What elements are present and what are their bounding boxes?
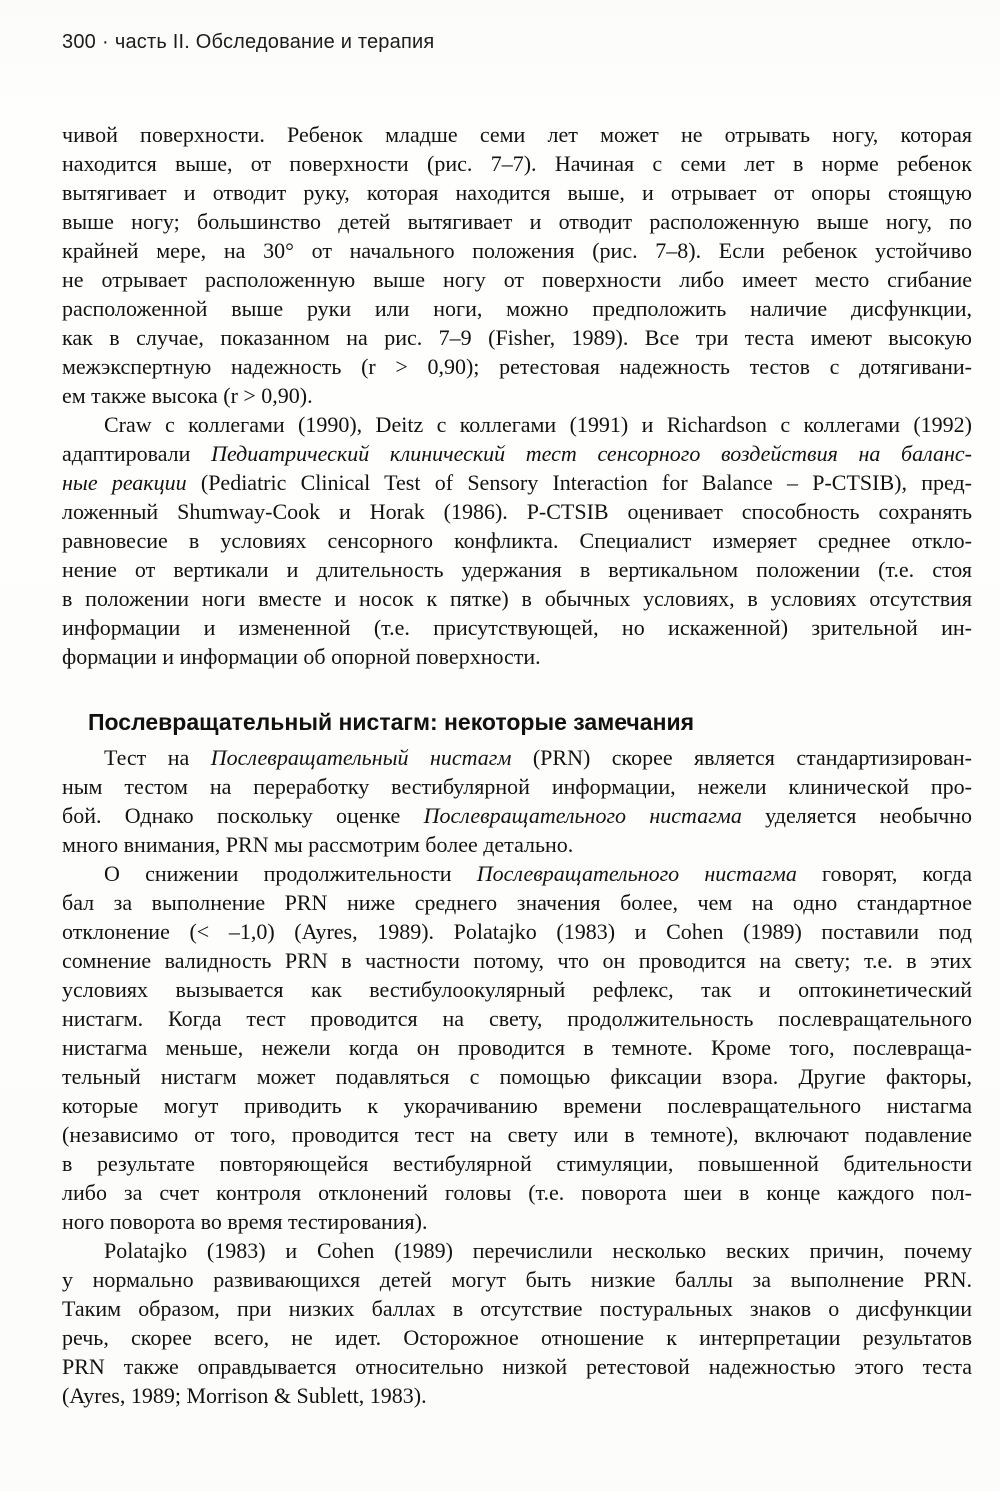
text-line: чивой поверхности. Ребенок младше семи л… (62, 120, 972, 149)
page-number: 300 (62, 31, 96, 53)
text-segment: адаптировали (62, 441, 211, 466)
text-segment: нистагма меньше, нежели когда он проводи… (62, 1035, 972, 1060)
text-line: отклонение (< –1,0) (Ayres, 1989). Polat… (62, 917, 972, 946)
text-segment: которые могут приводить к укорачиванию в… (62, 1093, 972, 1118)
text-line: нение от вертикали и длительность удержа… (62, 555, 972, 584)
text-segment: много внимания, PRN мы рассмотрим более … (62, 832, 573, 857)
text-line: условиях вызывается как вестибулоокулярн… (62, 975, 972, 1004)
text-segment: О снижении продолжительности (104, 861, 477, 886)
running-header: 300·часть II. Обследование и терапия (62, 31, 434, 54)
text-segment: бой. Однако поскольку оценке (62, 803, 424, 828)
text-segment: в положении ноги вместе и носок к пятке)… (62, 586, 972, 611)
text-segment: (независимо от того, проводится тест на … (62, 1122, 972, 1147)
paragraph: Craw с коллегами (1990), Deitz с коллега… (62, 410, 972, 671)
text-line: ного поворота во время тестирования). (62, 1207, 972, 1236)
text-segment: отклонение (< –1,0) (Ayres, 1989). Polat… (62, 919, 972, 944)
text-line: адаптировали Педиатрический клинический … (62, 439, 972, 468)
header-separator: · (96, 31, 115, 53)
italic-text: ные реакции (62, 470, 187, 495)
text-segment: говорят, когда (797, 861, 972, 886)
text-line: равновесие в условиях сенсорного конфлик… (62, 526, 972, 555)
italic-text: Послевращательный нистагм (211, 745, 512, 770)
text-line: бой. Однако поскольку оценке Послевращат… (62, 801, 972, 830)
text-segment: нистагм. Когда тест проводится на свету,… (62, 1006, 972, 1031)
text-line: как в случае, показанном на рис. 7–9 (Fi… (62, 323, 972, 352)
text-segment: не отрывает расположенную выше ногу от п… (62, 267, 972, 292)
text-line: выше ногу; большинство детей вытягивает … (62, 207, 972, 236)
paragraph: чивой поверхности. Ребенок младше семи л… (62, 120, 972, 410)
text-line: (Ayres, 1989; Morrison & Sublett, 1983). (62, 1381, 972, 1410)
italic-text: Педиатрический клинический тест сенсорно… (211, 441, 972, 466)
text-segment: Craw с коллегами (1990), Deitz с коллега… (104, 412, 972, 437)
text-line: нистагм. Когда тест проводится на свету,… (62, 1004, 972, 1033)
text-line: PRN также оправдывается относительно низ… (62, 1352, 972, 1381)
text-line: ложенный Shumway-Cook и Horak (1986). P-… (62, 497, 972, 526)
text-segment: тельный нистагм может подавляться с помо… (62, 1064, 972, 1089)
text-line: Craw с коллегами (1990), Deitz с коллега… (62, 410, 972, 439)
italic-text: Послевращательного нистагма (424, 803, 742, 828)
text-segment: уделяется необычно (742, 803, 972, 828)
text-line: не отрывает расположенную выше ногу от п… (62, 265, 972, 294)
text-line: в результате повторяющейся вестибулярной… (62, 1149, 972, 1178)
text-line: межэкспертную надежность (r > 0,90); рет… (62, 352, 972, 381)
paragraph: Тест на Послевращательный нистагм (PRN) … (62, 743, 972, 859)
text-line: вытягивает и отводит руку, которая наход… (62, 178, 972, 207)
text-line: находится выше, от поверхности (рис. 7–7… (62, 149, 972, 178)
text-segment: вытягивает и отводит руку, которая наход… (62, 180, 972, 205)
text-line: О снижении продолжительности Послевращат… (62, 859, 972, 888)
text-line: Таким образом, при низких баллах в отсут… (62, 1294, 972, 1323)
text-line: ные реакции (Pediatric Clinical Test of … (62, 468, 972, 497)
text-segment: бал за выполнение PRN ниже среднего знач… (62, 890, 972, 915)
text-segment: формации и информации об опорной поверхн… (62, 644, 541, 669)
text-line: в положении ноги вместе и носок к пятке)… (62, 584, 972, 613)
text-line: Polatajko (1983) и Cohen (1989) перечисл… (62, 1236, 972, 1265)
text-line: сомнение валидность PRN в частности пото… (62, 946, 972, 975)
text-line: либо за счет контроля отклонений головы … (62, 1178, 972, 1207)
text-segment: крайней мере, на 30° от начального полож… (62, 238, 972, 263)
text-segment: ложенный Shumway-Cook и Horak (1986). P-… (62, 499, 972, 524)
italic-text: Послевращательного нистагма (477, 861, 797, 886)
chapter-title: часть II. Обследование и терапия (115, 31, 435, 53)
section-heading: Послевращательный нистагм: некоторые зам… (88, 708, 972, 737)
text-line: которые могут приводить к укорачиванию в… (62, 1091, 972, 1120)
text-segment: (Pediatric Clinical Test of Sensory Inte… (187, 470, 972, 495)
text-segment: как в случае, показанном на рис. 7–9 (Fi… (62, 325, 972, 350)
text-segment: либо за счет контроля отклонений головы … (62, 1180, 972, 1205)
text-segment: ного поворота во время тестирования). (62, 1209, 427, 1234)
text-line: тельный нистагм может подавляться с помо… (62, 1062, 972, 1091)
text-line: (независимо от того, проводится тест на … (62, 1120, 972, 1149)
text-line: ем также высока (r > 0,90). (62, 381, 972, 410)
text-line: расположенной выше руки или ноги, можно … (62, 294, 972, 323)
text-segment: у нормально развивающихся детей могут бы… (62, 1267, 972, 1292)
text-line: Тест на Послевращательный нистагм (PRN) … (62, 743, 972, 772)
book-page: 300·часть II. Обследование и терапия чив… (0, 0, 1000, 1491)
text-segment: условиях вызывается как вестибулоокулярн… (62, 977, 972, 1002)
text-segment: находится выше, от поверхности (рис. 7–7… (62, 151, 972, 176)
text-segment: чивой поверхности. Ребенок младше семи л… (62, 122, 972, 147)
text-segment: речь, скорее всего, не идет. Осторожное … (62, 1325, 972, 1350)
text-line: бал за выполнение PRN ниже среднего знач… (62, 888, 972, 917)
text-segment: Тест на (104, 745, 211, 770)
text-line: формации и информации об опорной поверхн… (62, 642, 972, 671)
text-segment: ным тестом на переработку вестибулярной … (62, 774, 972, 799)
text-segment: (PRN) скорее является стандартизирован- (511, 745, 972, 770)
text-segment: в результате повторяющейся вестибулярной… (62, 1151, 972, 1176)
text-segment: выше ногу; большинство детей вытягивает … (62, 209, 972, 234)
paragraph: Polatajko (1983) и Cohen (1989) перечисл… (62, 1236, 972, 1410)
text-segment: ем также высока (r > 0,90). (62, 383, 313, 408)
text-segment: нение от вертикали и длительность удержа… (62, 557, 972, 582)
text-segment: (Ayres, 1989; Morrison & Sublett, 1983). (62, 1383, 427, 1408)
text-line: крайней мере, на 30° от начального полож… (62, 236, 972, 265)
text-segment: расположенной выше руки или ноги, можно … (62, 296, 972, 321)
text-line: информации и измененной (т.е. присутству… (62, 613, 972, 642)
text-segment: PRN также оправдывается относительно низ… (62, 1354, 972, 1379)
text-line: ным тестом на переработку вестибулярной … (62, 772, 972, 801)
text-segment: межэкспертную надежность (r > 0,90); рет… (62, 354, 972, 379)
text-segment: равновесие в условиях сенсорного конфлик… (62, 528, 972, 553)
paragraph: О снижении продолжительности Послевращат… (62, 859, 972, 1236)
text-segment: информации и измененной (т.е. присутству… (62, 615, 972, 640)
text-segment: Таким образом, при низких баллах в отсут… (62, 1296, 972, 1321)
text-segment: Polatajko (1983) и Cohen (1989) перечисл… (104, 1238, 972, 1263)
text-line: речь, скорее всего, не идет. Осторожное … (62, 1323, 972, 1352)
text-block: чивой поверхности. Ребенок младше семи л… (62, 120, 972, 1410)
text-line: у нормально развивающихся детей могут бы… (62, 1265, 972, 1294)
text-segment: сомнение валидность PRN в частности пото… (62, 948, 972, 973)
text-line: нистагма меньше, нежели когда он проводи… (62, 1033, 972, 1062)
text-line: много внимания, PRN мы рассмотрим более … (62, 830, 972, 859)
